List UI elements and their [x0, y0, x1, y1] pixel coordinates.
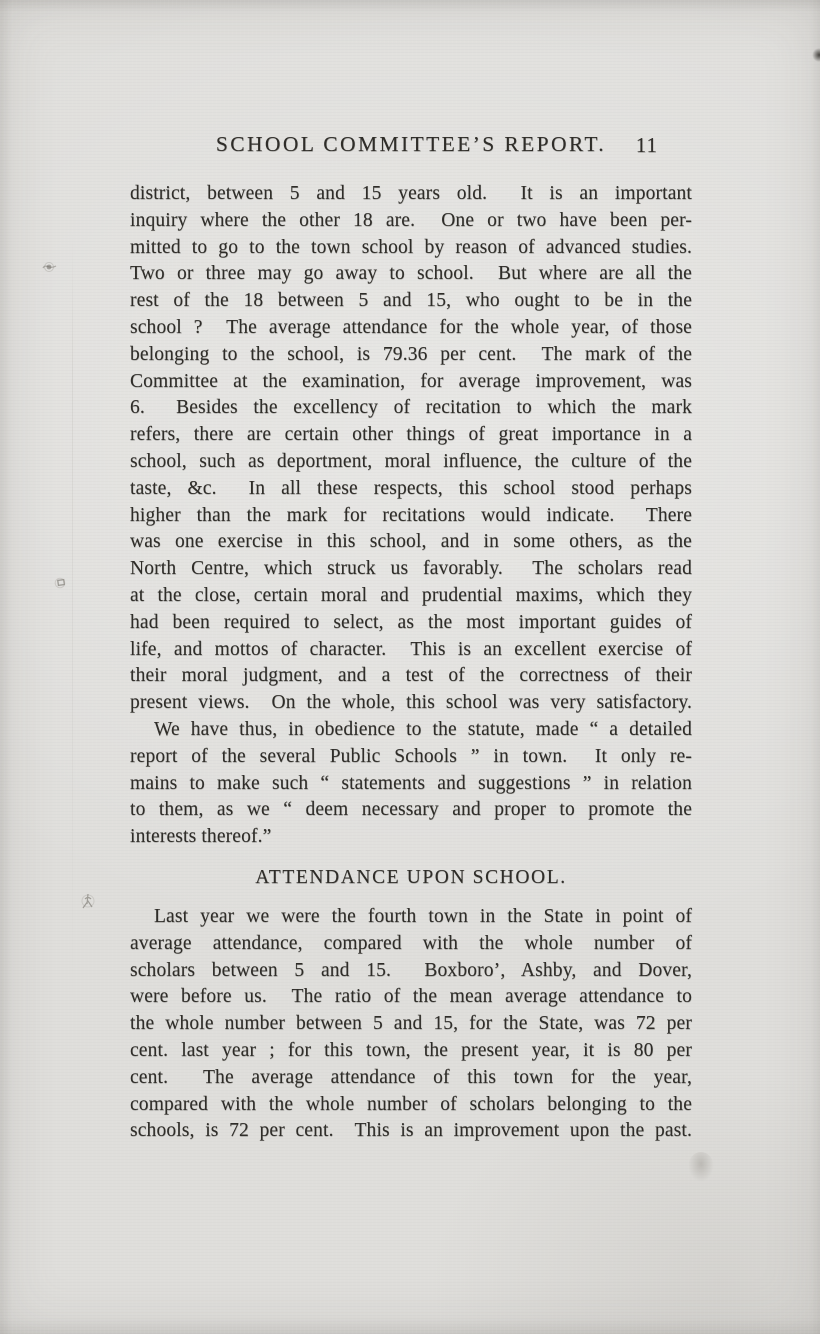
text-line: belonging to the school, is 79.36 per ce…: [130, 342, 692, 369]
text-line: Two or three may go away to school. But …: [130, 261, 692, 288]
scanned-page: SCHOOL COMMITTEE’S REPORT. 11 district, …: [0, 0, 820, 1334]
text-line: were before us. The ratio of the mean av…: [130, 984, 692, 1011]
binding-stitch-mark: [52, 574, 72, 597]
text-line: mitted to go to the town school by reaso…: [130, 235, 692, 262]
text-line: rest of the 18 between 5 and 15, who oug…: [130, 288, 692, 315]
paragraph-district-school-report: district, between 5 and 15 years old. It…: [130, 181, 692, 717]
page-number: 11: [636, 133, 658, 158]
text-line: scholars between 5 and 15. Boxboro’, Ash…: [130, 958, 692, 985]
text-block: district, between 5 and 15 years old. It…: [130, 181, 692, 1145]
text-line: inquiry where the other 18 are. One or t…: [130, 208, 692, 235]
page-edge-nick: [812, 48, 820, 62]
text-line: present views. On the whole, this school…: [130, 690, 692, 717]
paragraph-statute-statement: We have thus, in obedience to the statut…: [130, 717, 692, 851]
text-line: cent. last year ; for this town, the pre…: [130, 1038, 692, 1065]
text-line: 6. Besides the excellency of recitation …: [130, 395, 692, 422]
text-line: North Centre, which struck us favorably.…: [130, 556, 692, 583]
paragraph-attendance-statistics: Last year we were the fourth town in the…: [130, 904, 692, 1145]
text-line: compared with the whole number of schola…: [130, 1092, 692, 1119]
page-title: SCHOOL COMMITTEE’S REPORT.: [130, 132, 692, 157]
text-line: schools, is 72 per cent. This is an impr…: [130, 1118, 692, 1145]
text-line: life, and mottos of character. This is a…: [130, 637, 692, 664]
text-line: We have thus, in obedience to the statut…: [130, 717, 692, 744]
text-line: their moral judgment, and a test of the …: [130, 663, 692, 690]
text-line: interests thereof.”: [130, 824, 692, 851]
text-line: school ? The average attendance for the …: [130, 315, 692, 342]
page-header: SCHOOL COMMITTEE’S REPORT. 11: [130, 132, 692, 162]
text-line: was one exercise in this school, and in …: [130, 529, 692, 556]
section-heading-attendance: ATTENDANCE UPON SCHOOL.: [130, 864, 692, 891]
text-line: school, such as deportment, moral influe…: [130, 449, 692, 476]
binding-stitch-mark: [40, 258, 60, 281]
text-line: average attendance, compared with the wh…: [130, 931, 692, 958]
text-line: at the close, certain moral and prudenti…: [130, 583, 692, 610]
binding-stitch-mark: [76, 890, 100, 919]
text-line: Committee at the examination, for averag…: [130, 369, 692, 396]
text-line: higher than the mark for recitations wou…: [130, 503, 692, 530]
paper-smudge: [688, 1152, 714, 1182]
text-line: cent. The average attendance of this tow…: [130, 1065, 692, 1092]
text-line: district, between 5 and 15 years old. It…: [130, 181, 692, 208]
text-line: mains to make such “ statements and sugg…: [130, 771, 692, 798]
text-line: to them, as we “ deem necessary and prop…: [130, 797, 692, 824]
paper-crease: [72, 230, 73, 1020]
text-line: refers, there are certain other things o…: [130, 422, 692, 449]
page-content-layer: SCHOOL COMMITTEE’S REPORT. 11 district, …: [0, 0, 820, 1334]
text-line: taste, &c. In all these respects, this s…: [130, 476, 692, 503]
text-line: had been required to select, as the most…: [130, 610, 692, 637]
text-line: report of the several Public Schools ” i…: [130, 744, 692, 771]
text-line: the whole number between 5 and 15, for t…: [130, 1011, 692, 1038]
text-line: Last year we were the fourth town in the…: [130, 904, 692, 931]
